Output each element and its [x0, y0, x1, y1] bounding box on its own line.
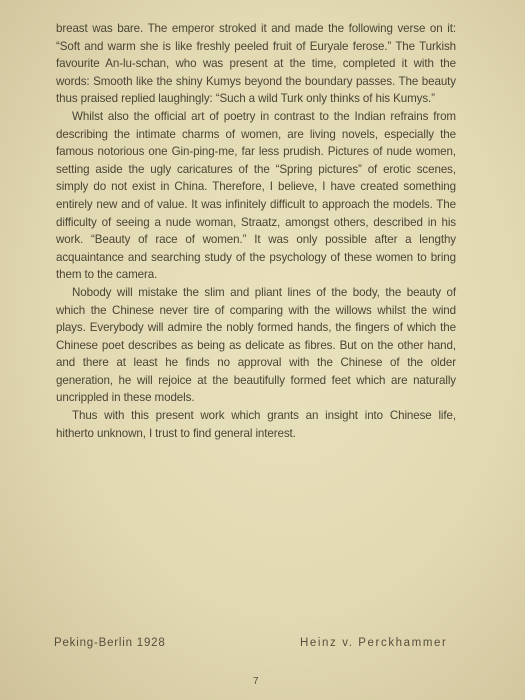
paragraph: Thus with this present work which grants…	[56, 407, 456, 442]
place-date: Peking-Berlin 1928	[54, 637, 166, 649]
author-signature: Heinz v. Perckhammer	[300, 637, 447, 649]
paragraph: Nobody will mistake the slim and pliant …	[56, 284, 456, 407]
book-page: breast was bare. The emperor stroked it …	[0, 0, 525, 700]
paragraph: Whilst also the official art of poetry i…	[56, 108, 456, 284]
body-text: breast was bare. The emperor stroked it …	[56, 20, 456, 442]
paragraph-continuation: breast was bare. The emperor stroked it …	[56, 20, 456, 108]
page-number: 7	[253, 676, 259, 687]
